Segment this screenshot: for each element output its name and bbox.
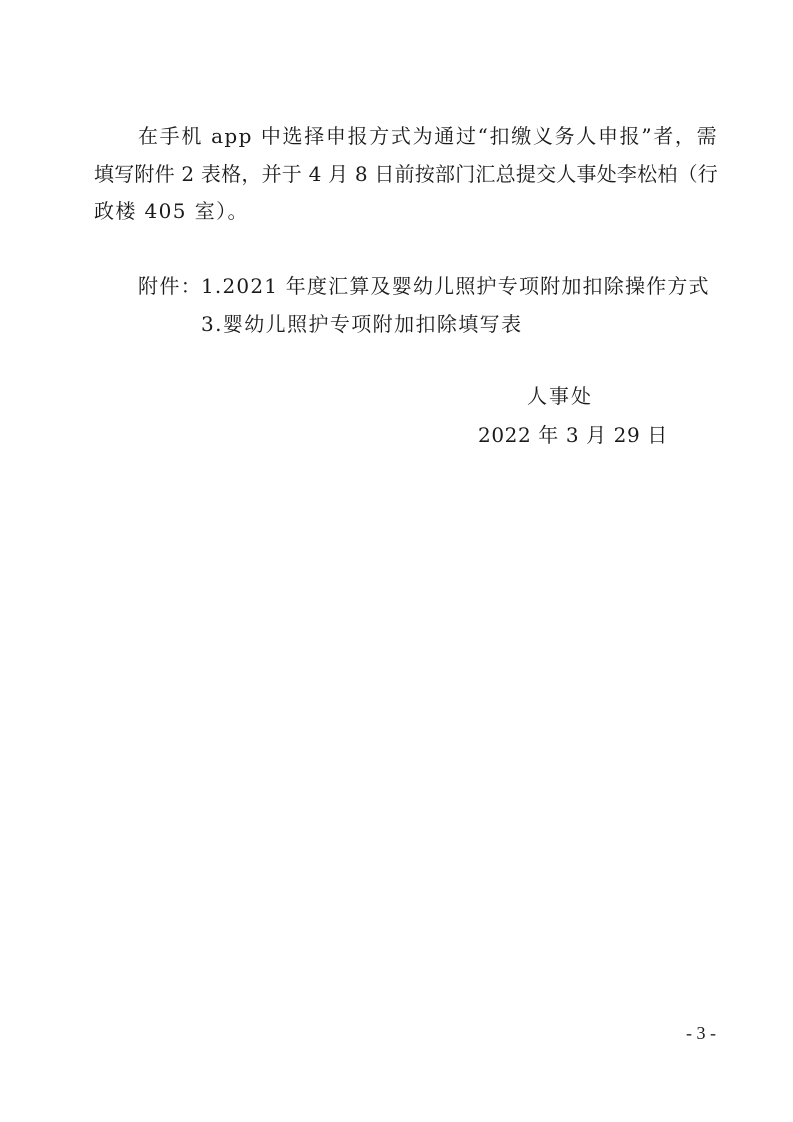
attachment-item-2: 3.婴幼儿照护专项附加扣除填写表 [201, 312, 522, 336]
attachments-label: 附件： [138, 274, 202, 298]
attachment-item-1: 1.2021 年度汇算及婴幼儿照护专项附加扣除操作方式 [201, 274, 710, 298]
paragraph-line-3: 政楼 405 室）。 [94, 199, 249, 223]
page-number: - 3 - [686, 1021, 716, 1045]
signature-date: 2022 年 3 月 29 日 [478, 423, 668, 447]
paragraph-line-2: 填写附件 2 表格，并于 4 月 8 日前按部门汇总提交人事处李松柏（行 [94, 162, 718, 186]
paragraph-line-1: 在手机 app 中选择申报方式为通过“扣缴义务人申报”者，需 [138, 124, 718, 148]
signature-department: 人事处 [527, 384, 593, 408]
